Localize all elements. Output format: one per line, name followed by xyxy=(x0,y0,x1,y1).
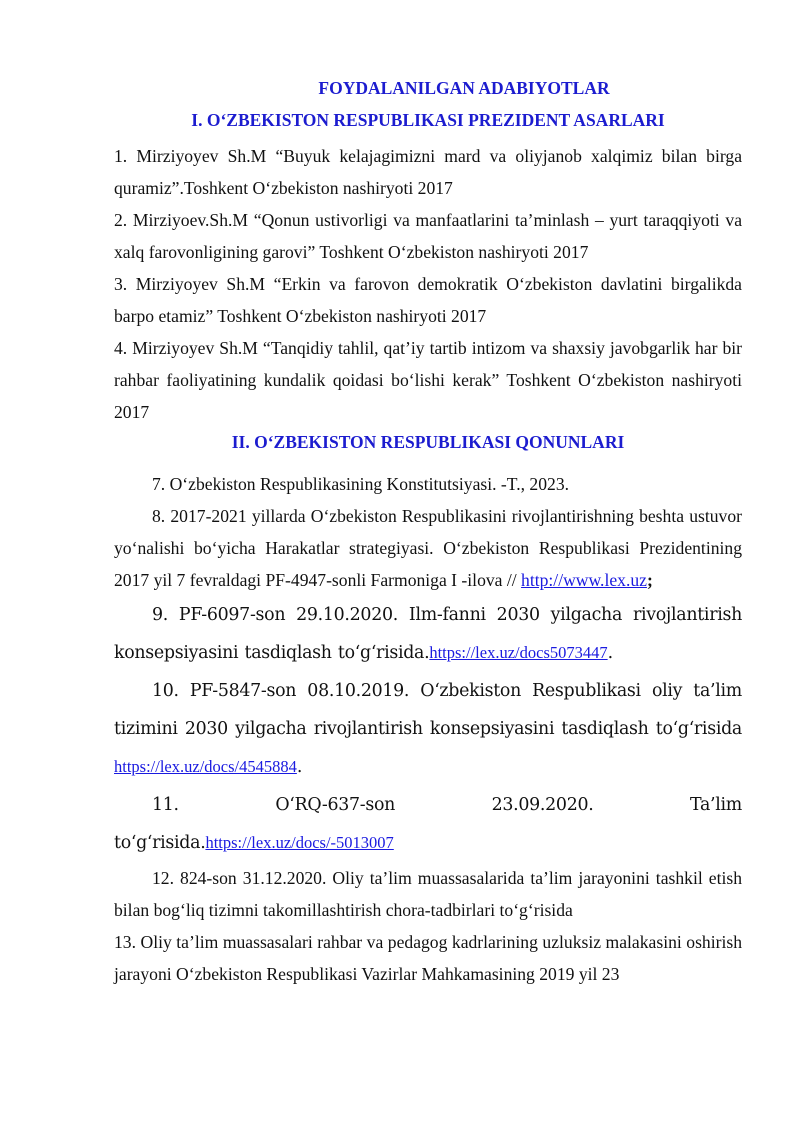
reference-item-9-text: 9. PF-6097-son 29.10.2020. Ilm-fanni 203… xyxy=(114,605,742,663)
page-title: FOYDALANILGAN ADABIYOTLAR xyxy=(114,74,742,102)
reference-item-2: 2. Mirziyoev.Sh.M “Qonun ustivorligi va … xyxy=(114,204,742,268)
reference-item-12: 12. 824-son 31.12.2020. Oliy ta’lim muas… xyxy=(114,862,742,926)
reference-link-docs-5013007[interactable]: https://lex.uz/docs/-5013007 xyxy=(205,833,393,852)
reference-item-13: 13. Oliy ta’lim muassasalari rahbar va p… xyxy=(114,926,742,990)
reference-item-4: 4. Mirziyoyev Sh.M “Tanqidiy tahlil, qat… xyxy=(114,332,742,428)
reference-item-8: 8. 2017-2021 yillarda O‘zbekiston Respub… xyxy=(114,500,742,596)
reference-item-9-suffix: . xyxy=(608,643,613,663)
reference-item-7: 7. O‘zbekiston Respublikasining Konstitu… xyxy=(114,468,742,500)
document-page: FOYDALANILGAN ADABIYOTLAR I. O‘ZBEKISTON… xyxy=(114,74,742,990)
reference-item-10: 10. PF-5847-son 08.10.2019. O‘zbekiston … xyxy=(114,672,742,786)
reference-link-docs-4545884[interactable]: https://lex.uz/docs/4545884 xyxy=(114,757,297,776)
reference-item-10-text: 10. PF-5847-son 08.10.2019. O‘zbekiston … xyxy=(114,681,742,739)
reference-item-10-suffix: . xyxy=(297,757,302,777)
reference-link-lex-uz[interactable]: http://www.lex.uz xyxy=(521,570,647,590)
reference-item-8-suffix: ; xyxy=(647,570,653,590)
reference-item-9: 9. PF-6097-son 29.10.2020. Ilm-fanni 203… xyxy=(114,596,742,672)
reference-item-1: 1. Mirziyoyev Sh.M “Buyuk kelajagimizni … xyxy=(114,140,742,204)
section-heading-president-works: I. O‘ZBEKISTON RESPUBLIKASI PREZIDENT AS… xyxy=(114,102,742,142)
reference-item-11: 11. O‘RQ-637-son 23.09.2020. Ta’lim to‘g… xyxy=(114,786,742,862)
section-heading-laws: II. O‘ZBEKISTON RESPUBLIKASI QONUNLARI xyxy=(114,428,742,468)
reference-item-3: 3. Mirziyoyev Sh.M “Erkin va farovon dem… xyxy=(114,268,742,332)
reference-link-docs5073447[interactable]: https://lex.uz/docs5073447 xyxy=(429,643,607,662)
